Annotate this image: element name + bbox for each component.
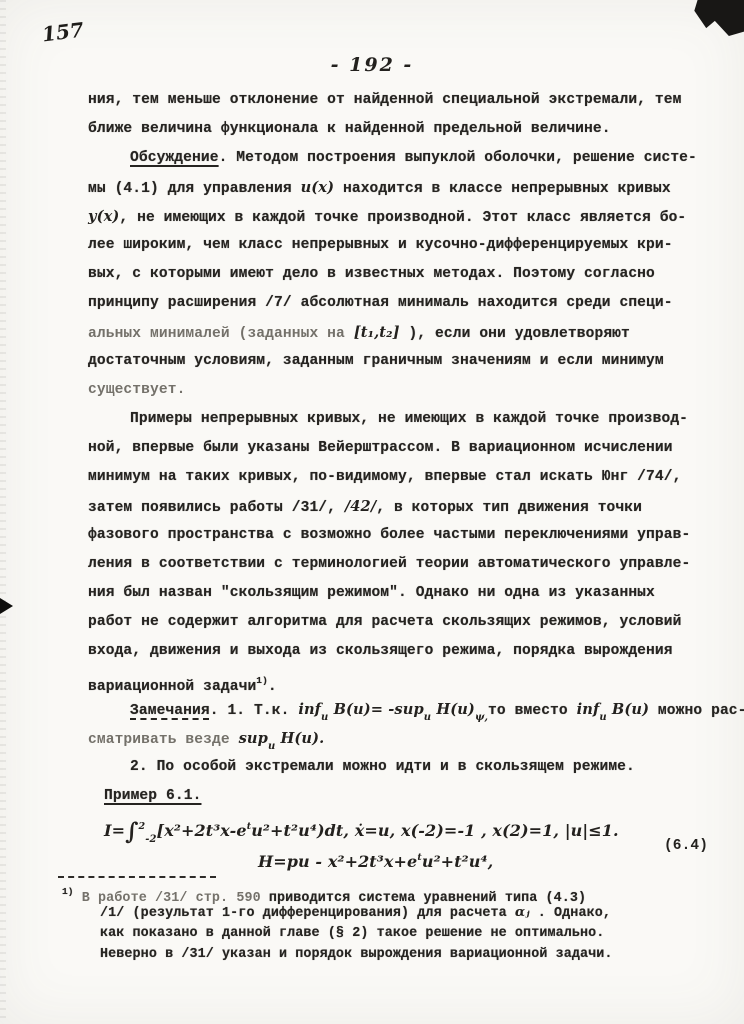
text-segment: ∫ [125,818,138,845]
text-segment: принципу расширения /7/ абсолютная миним… [88,295,673,311]
text-segment: то вместо [488,703,577,719]
text-line: Неверно в /31/ указан и порядок вырожден… [100,944,714,965]
text-segment: , не имеющих в каждой точке производной.… [119,210,686,226]
text-line: ния был назван "скользящим режимом". Одн… [88,579,714,608]
scan-edge-noise [0,0,6,1024]
text-segment: Примеры непрерывных кривых, не имеющих в… [130,411,688,427]
text-segment: u(x) [301,179,335,196]
text-segment: I= [104,821,125,840]
text-line: Пример 6.1. [104,782,714,811]
text-segment [74,891,82,906]
text-line: входа, движения и выхода из скользящего … [88,637,714,666]
text-line: затем появились работы /31/, /42/, в кот… [88,492,714,521]
text-segment: Обсуждение [130,150,219,166]
text-segment: достаточным условиям, заданным граничным… [88,353,664,369]
text-line: принципу расширения /7/ абсолютная миним… [88,289,714,318]
text-segment: H(u). [275,730,324,747]
text-segment: вых, с которыми имеют дело в известных м… [88,266,655,282]
text-segment: ния, тем меньше отклонение от найденной … [88,92,681,108]
text-line: H=pu - x²+2t³x+etu²+t²u⁴, [258,842,714,873]
text-segment: , в которых тип движения точки [376,500,642,516]
text-segment: . [268,679,277,695]
text-line: лее широким, чем класс непрерывных и кус… [88,231,714,260]
text-segment: /42/ [345,498,376,515]
text-segment: [x²+2t³x-e [157,821,247,840]
text-segment: 1) [256,675,268,686]
footnote-block: 1) В работе /31/ стр. 590 приводится сис… [88,881,714,965]
text-segment: вариационной задачи [88,679,256,695]
text-line: Примеры непрерывных кривых, не имеющих в… [130,405,714,434]
text-segment: . 1. Т.к. [210,703,299,719]
text-line: ния, тем меньше отклонение от найденной … [88,86,714,115]
text-line: 2. По особой экстремали можно идти и в с… [130,753,714,782]
text-line: альных минималей (заданных на [t₁,t₂] ),… [88,318,714,347]
text-segment: находится в классе непрерывных кривых [334,181,671,197]
text-segment: B(u)= -sup [328,701,423,718]
scanned-document-page: 157 - 192 - ния, тем меньше отклонение о… [0,0,744,1024]
text-segment: 2. По особой экстремали можно идти и в с… [130,759,635,775]
text-segment: . Методом построения выпуклой оболочки, … [219,150,697,166]
text-segment: /1/ (результат 1-го дифференцирования) д… [100,906,515,921]
page-number: - 192 - [0,54,744,76]
text-segment: можно рас- [649,703,744,719]
text-line: ближе величина функционала к найденной п… [88,115,714,144]
text-segment: ления в соответствии с терминологией тео… [88,556,690,572]
handwritten-sheet-number: 157 [41,18,85,47]
text-line: минимум на таких кривых, по-видимому, вп… [88,463,714,492]
margin-arrow-mark [0,598,13,614]
text-line: существует. [88,376,714,405]
text-segment: затем появились работы /31/, [88,500,345,516]
text-segment: Неверно в /31/ указан и порядок вырожден… [100,947,613,962]
text-segment: лее широким, чем класс непрерывных и кус… [88,237,673,253]
text-segment: u [599,712,606,723]
text-segment: как показано в данной главе (§ 2) такое … [100,926,604,941]
text-segment: 2 [139,821,146,832]
text-segment: H=pu - x²+2t³x+e [258,852,417,871]
text-line: Замечания. 1. Т.к. infu B(u)= -supu H(u)… [130,695,714,724]
text-segment: альных минималей (заданных на [88,326,354,342]
text-line: Обсуждение. Методом построения выпуклой … [130,144,714,173]
text-line: 1) В работе /31/ стр. 590 приводится сис… [62,881,714,902]
text-segment: [t₁,t₂] [354,324,400,341]
text-segment: -2 [145,834,156,845]
text-line: сматривать везде supu H(u). [88,724,714,753]
text-line: мы (4.1) для управления u(x) находится в… [88,173,714,202]
scan-corner-artifact [690,0,744,36]
text-line: вых, с которыми имеют дело в известных м… [88,260,714,289]
text-segment: inf [298,701,321,718]
text-segment: ной, впервые были указаны Вейерштрассом.… [88,440,673,456]
text-line: достаточным условиям, заданным граничным… [88,347,714,376]
text-segment: сматривать везде [88,732,239,748]
text-segment: B(u) [607,701,649,718]
text-segment: Замечания [130,703,210,719]
text-segment: существует. [88,382,185,398]
text-segment: u²+t²u⁴)dt, ẋ=u, x(-2)=-1 , x(2)=1, |u|≤… [251,821,619,840]
text-line: ления в соответствии с терминологией тео… [88,550,714,579]
text-segment: sup [239,730,268,747]
text-segment: inf [577,701,600,718]
text-segment: ψ, [475,712,488,723]
text-segment: H(u) [431,701,475,718]
text-segment: работ не содержит алгоритма для расчета … [88,614,681,630]
text-segment: ния был назван "скользящим режимом". Одн… [88,585,655,601]
text-segment: ), если они удовлетворяют [400,326,630,342]
text-segment: y(x) [88,208,119,225]
text-line: I=∫2-2[x²+2t³x-etu²+t²u⁴)dt, ẋ=u, x(-2)=… [104,811,714,842]
text-segment: Пример 6.1. [104,788,201,804]
text-line: фазового пространства с возможно более ч… [88,521,714,550]
text-line: /1/ (результат 1-го дифференцирования) д… [100,902,714,923]
footnote-separator [58,876,216,878]
document-body: ния, тем меньше отклонение от найденной … [88,86,714,965]
text-segment: входа, движения и выхода из скользящего … [88,643,673,659]
text-line: как показано в данной главе (§ 2) такое … [100,923,714,944]
text-segment: u²+t²u⁴, [422,852,493,871]
text-line: вариационной задачи1). [88,666,714,695]
text-segment: ближе величина функционала к найденной п… [88,121,611,137]
text-segment: . Однако, [530,906,611,921]
text-segment: фазового пространства с возможно более ч… [88,527,690,543]
body-paragraphs: ния, тем меньше отклонение от найденной … [88,86,714,873]
text-segment: мы (4.1) для управления [88,181,301,197]
text-line: работ не содержит алгоритма для расчета … [88,608,714,637]
text-line: y(x), не имеющих в каждой точке производ… [88,202,714,231]
text-segment: αⱼ [515,904,530,920]
text-line: ной, впервые были указаны Вейерштрассом.… [88,434,714,463]
text-segment: минимум на таких кривых, по-видимому, вп… [88,469,681,485]
text-segment: 1) [62,886,74,897]
